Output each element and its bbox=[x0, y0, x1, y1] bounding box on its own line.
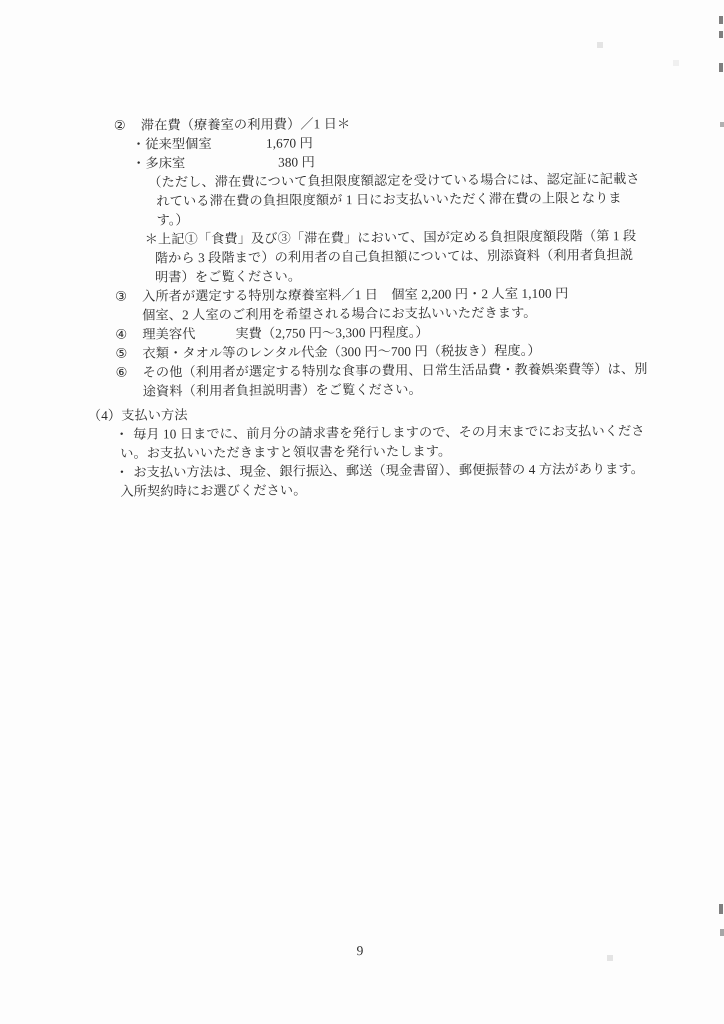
fee-item-6-line: その他（利用者が選定する特別な食事の費用、日常生活品費・教養娯楽費等）は、別 bbox=[143, 359, 648, 382]
room-price: 1,670 円 bbox=[266, 133, 313, 152]
paren-note-line: れている滞在費の負担限度額が 1 日にお支払いいただく滞在費の上限となりま bbox=[156, 188, 621, 210]
document-page: ② 滞在費（療養室の利用費）／1 日＊ ・従来型個室 1,670 円 ・多床室 … bbox=[0, 0, 724, 1024]
item-marker-6: ⑥ bbox=[116, 363, 128, 382]
room-type-label: ・多床室 bbox=[132, 153, 185, 172]
scan-artifact bbox=[720, 122, 724, 127]
scan-artifact bbox=[719, 63, 723, 72]
scan-artifact bbox=[719, 904, 723, 914]
scan-artifact bbox=[607, 955, 613, 961]
room-price: 380 円 bbox=[278, 152, 315, 171]
scan-artifact bbox=[673, 60, 679, 66]
payment-bullet-line: 毎月 10 日までに、前月分の請求書を発行しますので、その月末までにお支払いくだ… bbox=[133, 421, 645, 444]
star-note-line: 階から 3 段階まで）の利用者の自己負担額については、別添資料（利用者負担説 bbox=[155, 245, 633, 267]
room-type-label: ・従来型個室 bbox=[132, 134, 212, 154]
paren-note-line: す。） bbox=[156, 210, 188, 229]
page-content: ② 滞在費（療養室の利用費）／1 日＊ ・従来型個室 1,670 円 ・多床室 … bbox=[0, 0, 724, 1024]
payment-bullet-line: お支払い方法は、現金、銀行振込、郵送（現金書留）、郵便振替の 4 方法があります… bbox=[133, 459, 644, 482]
fee-item-4-line: 理美容代 実費（2,750 円～3,300 円程度。） bbox=[142, 323, 429, 344]
scan-artifact bbox=[597, 42, 603, 48]
fee-item-6-line: 途資料（利用者負担説明書）をご覧ください。 bbox=[143, 380, 422, 401]
bullet-icon: ・ bbox=[115, 463, 128, 482]
star-note-line: 明書）をご覧ください。 bbox=[155, 266, 301, 286]
page-number: 9 bbox=[357, 943, 364, 959]
payment-bullet-line: 入所契約時にお選びください。 bbox=[120, 480, 306, 500]
scan-artifact bbox=[720, 929, 724, 936]
fee-item-2-title: 滞在費（療養室の利用費）／1 日＊ bbox=[141, 114, 351, 134]
payment-section-heading: （4）支払い方法 bbox=[88, 405, 188, 425]
scan-artifact bbox=[719, 16, 723, 24]
fee-item-3-line: 個室、2 人室のご利用を希望される場合にお支払いいただきます。 bbox=[142, 303, 536, 325]
scan-artifact bbox=[719, 31, 723, 38]
payment-bullet-line: い。お支払いいただきますと領収書を発行いたします。 bbox=[120, 441, 451, 462]
bullet-icon: ・ bbox=[115, 425, 128, 444]
item-marker-5: ⑤ bbox=[115, 344, 127, 363]
item-marker-2: ② bbox=[114, 116, 126, 135]
item-marker-3: ③ bbox=[115, 287, 127, 306]
item-marker-4: ④ bbox=[115, 325, 127, 344]
